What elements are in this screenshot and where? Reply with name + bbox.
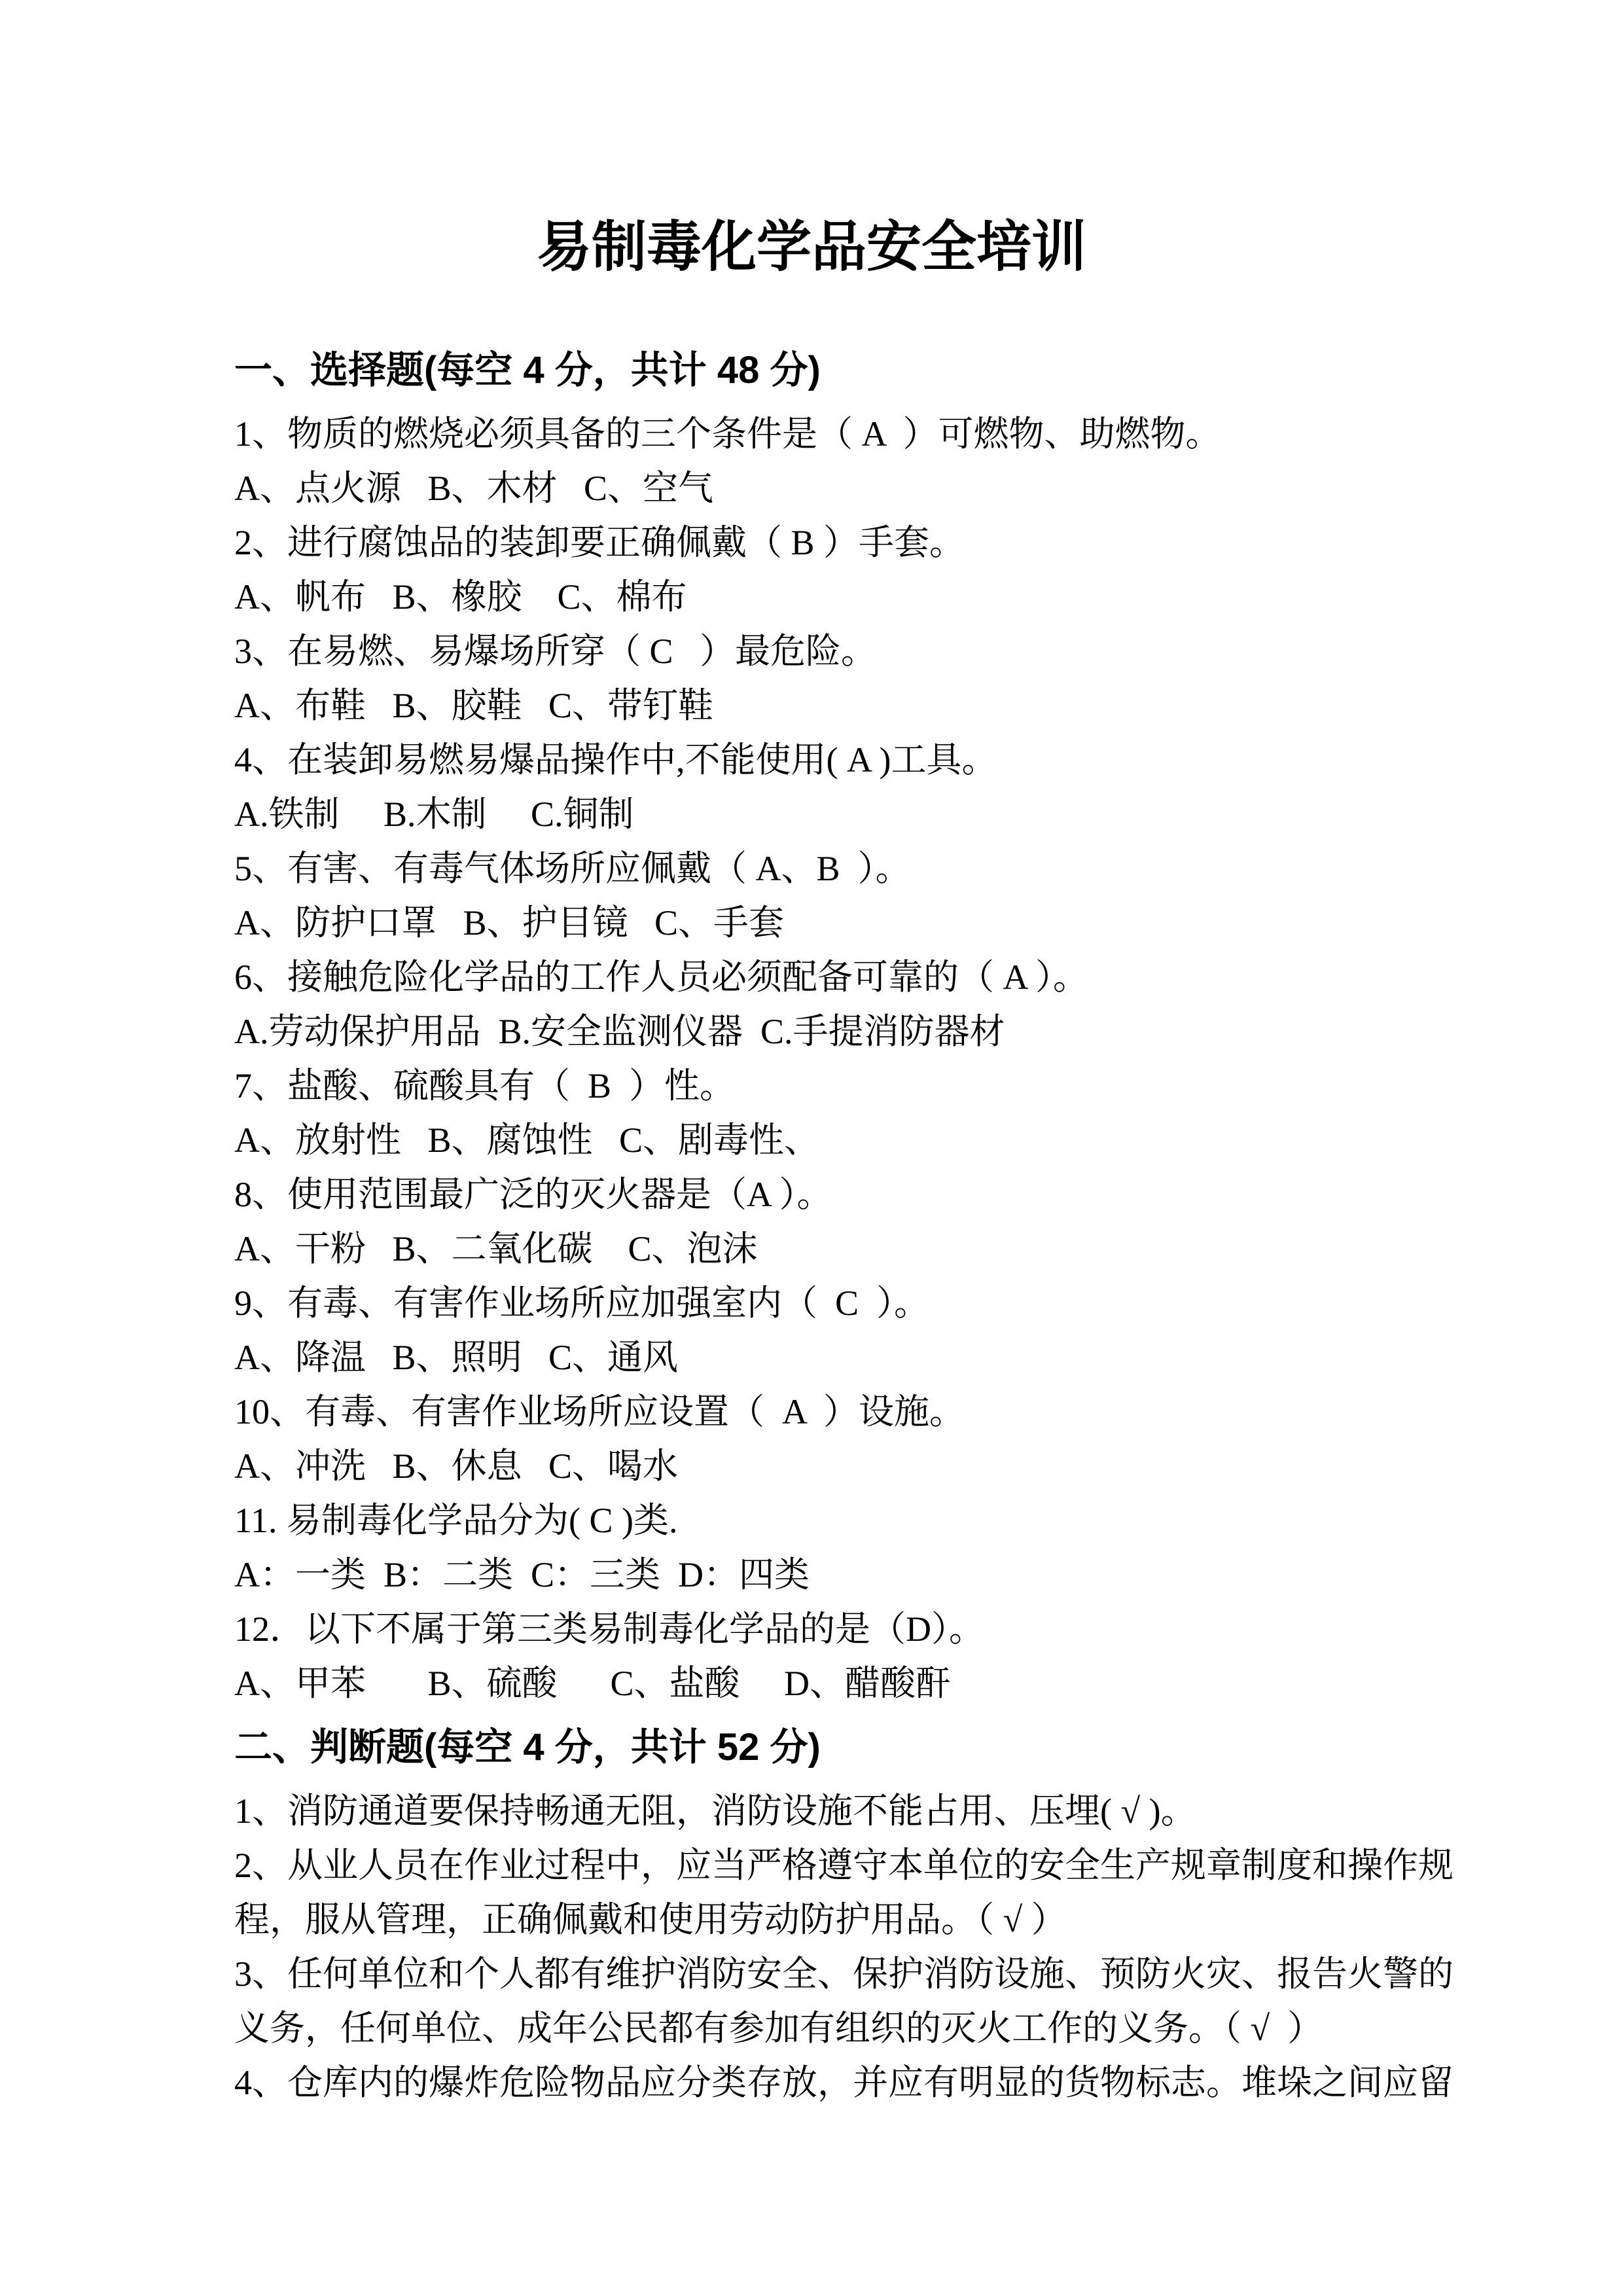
choice-q12: 12．以下不属于第三类易制毒化学品的是（D）。 (234, 1602, 1389, 1657)
judgment-section-heading: 二、判断题(每空 4 分，共计 52 分) (234, 1717, 1389, 1778)
exam-document-page: 易制毒化学品安全培训 一、选择题(每空 4 分，共计 48 分) 1、物质的燃烧… (0, 0, 1623, 2296)
choice-q11: 11. 易制毒化学品分为( C )类. (234, 1494, 1389, 1548)
choice-q2-options: A、帆布 B、橡胶 C、棉布 (234, 570, 1389, 624)
choice-q6-options: A.劳动保护用品 B.安全监测仪器 C.手提消防器材 (234, 1005, 1389, 1059)
choice-q2: 2、进行腐蚀品的装卸要正确佩戴（ B ）手套。 (234, 516, 1389, 570)
choice-q7-options: A、放射性 B、腐蚀性 C、剧毒性、 (234, 1113, 1389, 1168)
choice-q9: 9、有毒、有害作业场所应加强室内（ C ）。 (234, 1276, 1389, 1331)
judge-q3-line2: 义务，任何单位、成年公民都有参加有组织的灭火工作的义务。（ √ ） (234, 2001, 1389, 2056)
choice-q8-options: A、干粉 B、二氧化碳 C、泡沫 (234, 1222, 1389, 1276)
judge-q2-line1: 2、从业人员在作业过程中，应当严格遵守本单位的安全生产规章制度和操作规 (234, 1839, 1389, 1893)
choice-q7: 7、盐酸、硫酸具有（ B ）性。 (234, 1059, 1389, 1113)
choice-q10-options: A、冲洗 B、休息 C、喝水 (234, 1439, 1389, 1494)
section-judgment-questions: 二、判断题(每空 4 分，共计 52 分) 1、消防通道要保持畅通无阻，消防设施… (234, 1717, 1389, 2110)
choice-q12-options: A、甲苯 B、硫酸 C、盐酸 D、醋酸酐 (234, 1657, 1389, 1711)
choice-q5: 5、有害、有毒气体场所应佩戴（ A、B ）。 (234, 842, 1389, 896)
page-title: 易制毒化学品安全培训 (234, 0, 1389, 285)
choice-q1-options: A、点火源 B、木材 C、空气 (234, 461, 1389, 516)
judgment-question-lines: 1、消防通道要保持畅通无阻，消防设施不能占用、压埋( √ )。2、从业人员在作业… (234, 1784, 1389, 2110)
judge-q3-line1: 3、任何单位和个人都有维护消防安全、保护消防设施、预防火灾、报告火警的 (234, 1947, 1389, 2001)
choice-q11-options: A：一类 B：二类 C：三类 D：四类 (234, 1548, 1389, 1602)
choice-q3: 3、在易燃、易爆场所穿（ C ）最危险。 (234, 624, 1389, 679)
judge-q2-line2: 程，服从管理，正确佩戴和使用劳动防护用品。（ √ ） (234, 1893, 1389, 1947)
choice-q4: 4、在装卸易燃易爆品操作中,不能使用( A )工具。 (234, 733, 1389, 787)
choice-question-lines: 1、物质的燃烧必须具备的三个条件是（ A ）可燃物、助燃物。A、点火源 B、木材… (234, 407, 1389, 1711)
judge-q4-line1: 4、仓库内的爆炸危险物品应分类存放，并应有明显的货物标志。堆垛之间应留 (234, 2056, 1389, 2110)
choice-q3-options: A、布鞋 B、胶鞋 C、带钉鞋 (234, 679, 1389, 733)
choice-q5-options: A、防护口罩 B、护目镜 C、手套 (234, 896, 1389, 950)
choice-section-heading: 一、选择题(每空 4 分，共计 48 分) (234, 340, 1389, 401)
document-content: 易制毒化学品安全培训 一、选择题(每空 4 分，共计 48 分) 1、物质的燃烧… (0, 0, 1623, 2110)
judge-q1: 1、消防通道要保持畅通无阻，消防设施不能占用、压埋( √ )。 (234, 1784, 1389, 1839)
choice-q6: 6、接触危险化学品的工作人员必须配备可靠的（ A ）。 (234, 950, 1389, 1005)
section-choice-questions: 一、选择题(每空 4 分，共计 48 分) 1、物质的燃烧必须具备的三个条件是（… (234, 340, 1389, 1711)
choice-q8: 8、使用范围最广泛的灭火器是（A ）。 (234, 1168, 1389, 1222)
choice-q10: 10、有毒、有害作业场所应设置（ A ）设施。 (234, 1385, 1389, 1439)
choice-q9-options: A、降温 B、照明 C、通风 (234, 1331, 1389, 1385)
choice-q1: 1、物质的燃烧必须具备的三个条件是（ A ）可燃物、助燃物。 (234, 407, 1389, 461)
choice-q4-options: A.铁制 B.木制 C.铜制 (234, 787, 1389, 842)
